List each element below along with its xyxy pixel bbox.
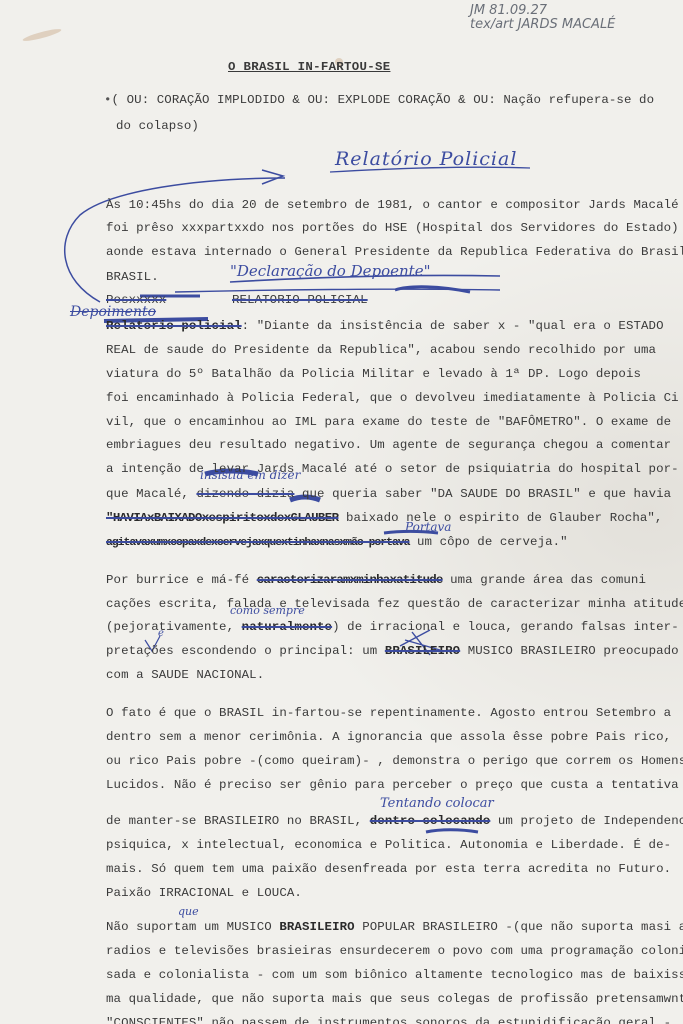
- paragraph3-line: com a SAUDE NACIONAL.: [106, 668, 264, 682]
- annotation-depoimento: Depoimento: [70, 304, 156, 320]
- paragraph2-line: Relatorio policial: "Diante da insistênc…: [106, 319, 664, 333]
- paragraph4-line: Paixão IRRACIONAL e LOUCA.: [106, 886, 302, 900]
- document-title: O BRASIL IN-FARTOU-SE: [228, 60, 390, 74]
- paragraph4-line: dentro sem a menor cerimônia. A ignoranc…: [106, 730, 671, 744]
- paragraph1-line: BRASIL.: [106, 270, 159, 284]
- paragraph1-line: aonde estava internado o General Preside…: [106, 245, 683, 259]
- paragraph1-line: Às 10:45hs do dia 20 de setembro de 1981…: [106, 198, 679, 212]
- paragraph5-line: "CONSCIENTES" não passem de instrumentos…: [106, 1016, 671, 1024]
- archive-label: tex/art JARDS MACALÉ: [470, 18, 615, 32]
- subtitle-line: •( OU: CORAÇÃO IMPLODIDO & OU: EXPLODE C…: [116, 93, 654, 107]
- paragraph4-line: ou rico Pais pobre -(como queiram)- , de…: [106, 754, 683, 768]
- paragraph4-line: O fato é que o BRASIL in-fartou-se repen…: [106, 706, 671, 720]
- paragraph2-line: REAL de saude do Presidente da Republica…: [106, 343, 656, 357]
- paragraph3-line: cações escrita, falada e televisada fez …: [106, 597, 683, 611]
- paragraph5-line: Não suportam um MUSICO BRASILEIRO POPULA…: [106, 920, 683, 934]
- annotation-e: e: [158, 628, 164, 639]
- paragraph1-line: foi prêso xxxpartxxdo nos portões do HSE…: [106, 221, 679, 235]
- paragraph2-line: viatura do 5º Batalhão da Policia Milita…: [106, 367, 641, 381]
- paragraph4-line: de manter-se BRASILEIRO no BRASIL, dentr…: [106, 814, 683, 828]
- paragraph2-line: embriagues deu resultado negativo. Um ag…: [106, 438, 671, 452]
- annotation-que: que: [178, 905, 199, 918]
- paragraph2-line: vil, que o encaminhou ao IML para exame …: [106, 415, 671, 429]
- paragraph5-line: ma qualidade, que não suporta mais que s…: [106, 992, 683, 1006]
- paragraph4-line: Lucidos. Não é preciso ser gênio para pe…: [106, 778, 679, 792]
- archive-code: JM 81.09.27: [470, 4, 615, 18]
- paragraph3-line: Por burrice e má-fé caracterizaramxminha…: [106, 573, 646, 587]
- archive-note: JM 81.09.27 tex/art JARDS MACALÉ: [470, 4, 615, 32]
- paragraph3-line: (pejorativamente, naturalmente) de irrac…: [106, 620, 679, 634]
- annotation-relatorio-policial: Relatório Policial: [335, 148, 517, 170]
- paragraph2-line: que Macalé, dizendo dizia que queria sab…: [106, 487, 671, 501]
- paragraph3-line: pretações escondendo o principal: um BRA…: [106, 644, 679, 658]
- subtitle-line: do colapso): [116, 119, 199, 133]
- annotation-insistia: insistia em dizer: [200, 468, 300, 482]
- paragraph2-line: foi encaminhado à Policia Federal, que o…: [106, 391, 679, 405]
- paragraph2-line: "HAVIAxBAIXADOxespiritoxdexGLAUBER baixa…: [106, 511, 662, 525]
- annotation-declaracao-depoente: "Declaração do Depoente": [230, 262, 430, 280]
- annotation-tentando-colocar: Tentando colocar: [380, 796, 494, 811]
- paragraph5-line: radios e televisões brasieiras ensurdece…: [106, 944, 683, 958]
- paragraph2-line: agitavaxumxcopaxdexcervejaxquextinhaxnas…: [106, 535, 568, 549]
- paragraph2-line: a intenção de levar Jards Macalé até o s…: [106, 462, 679, 476]
- annotation-como-sempre: como sempre: [230, 604, 305, 617]
- paragraph4-line: mais. Só quem tem uma paixão desenfreada…: [106, 862, 671, 876]
- paragraph4-line: psiquica, x intelectual, economica e Pol…: [106, 838, 671, 852]
- struck-heading-center: RELATORIO POLICIAL: [232, 293, 368, 307]
- paper-stain: [22, 27, 62, 43]
- paragraph5-line: sada e colonialista - com um som biônico…: [106, 968, 683, 982]
- document-page: JM 81.09.27 tex/art JARDS MACALÉ O BRASI…: [0, 0, 683, 1024]
- annotation-portava: Portava: [405, 520, 451, 534]
